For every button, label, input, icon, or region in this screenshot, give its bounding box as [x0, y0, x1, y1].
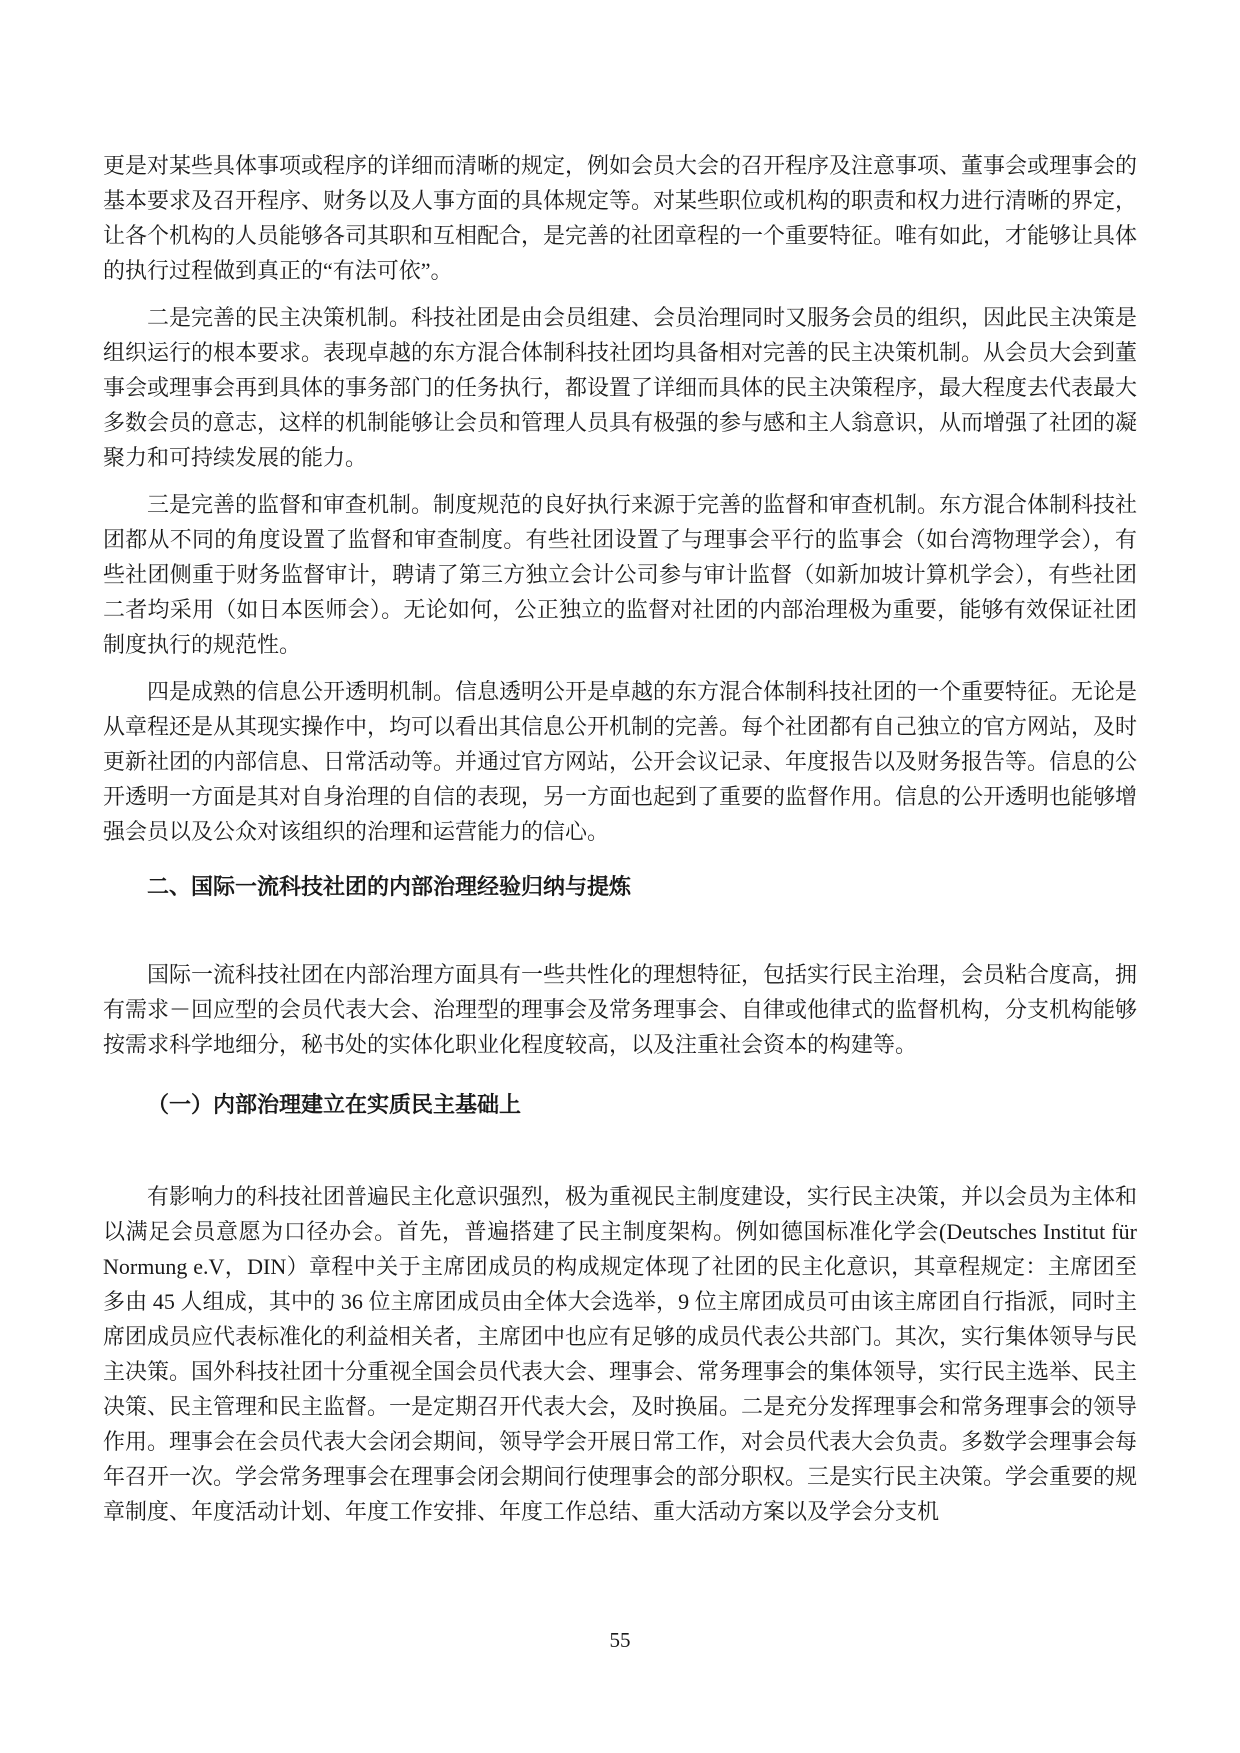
page-number: 55 — [0, 1626, 1240, 1654]
section-heading: 二、国际一流科技社团的内部治理经验归纳与提炼 — [103, 869, 1137, 904]
body-paragraph: 更是对某些具体事项或程序的详细而清晰的规定，例如会员大会的召开程序及注意事项、董… — [103, 148, 1137, 288]
body-paragraph: 国际一流科技社团在内部治理方面具有一些共性化的理想特征，包括实行民主治理，会员粘… — [103, 957, 1137, 1062]
body-paragraph: 三是完善的监督和审查机制。制度规范的良好执行来源于完善的监督和审查机制。东方混合… — [103, 487, 1137, 662]
body-paragraph: 二是完善的民主决策机制。科技社团是由会员组建、会员治理同时又服务会员的组织，因此… — [103, 300, 1137, 475]
subsection-heading: （一）内部治理建立在实质民主基础上 — [103, 1087, 1137, 1122]
body-paragraph: 四是成熟的信息公开透明机制。信息透明公开是卓越的东方混合体制科技社团的一个重要特… — [103, 674, 1137, 849]
document-page: 更是对某些具体事项或程序的详细而清晰的规定，例如会员大会的召开程序及注意事项、董… — [0, 0, 1240, 1753]
body-paragraph: 有影响力的科技社团普遍民主化意识强烈，极为重视民主制度建设，实行民主决策，并以会… — [103, 1179, 1137, 1529]
page-content: 更是对某些具体事项或程序的详细而清晰的规定，例如会员大会的召开程序及注意事项、董… — [0, 0, 1240, 1529]
